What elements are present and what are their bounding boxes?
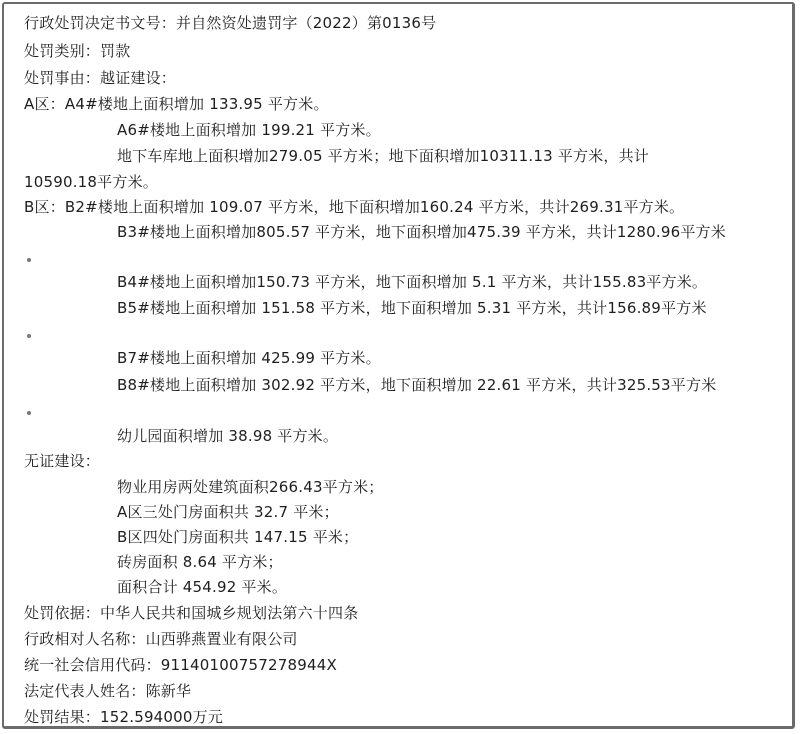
area-total: 面积合计 454.92 平米。 <box>117 577 287 597</box>
credit-code: 统一社会信用代码：91140100757278944X <box>24 655 337 675</box>
zone-b-gatehouses: B区四处门房面积共 147.15 平米； <box>117 527 358 547</box>
unlicensed-heading: 无证建设： <box>24 451 100 471</box>
penalty-basis: 处罚依据：中华人民共和国城乡规划法第六十四条 <box>24 603 358 623</box>
property-rooms: 物业用房两处建筑面积266.43平方米； <box>117 477 384 497</box>
zone-a-garage-total: 10590.18平方米。 <box>24 172 158 192</box>
zone-b-b5: B5#楼地上面积增加 151.58 平方米，地下面积增加 5.31 平方米，共计… <box>117 298 707 318</box>
brick-house: 砖房面积 8.64 平方米； <box>117 552 283 572</box>
penalty-result: 处罚结果：152.594000万元 <box>24 707 223 727</box>
zone-b-b2: B区：B2#楼地上面积增加 109.07 平方米，地下面积增加160.24 平方… <box>24 197 684 217</box>
zone-b-b8: B8#楼地上面积增加 302.92 平方米，地下面积增加 22.61 平方米，共… <box>117 375 716 395</box>
zone-a-a4: A区：A4#楼地上面积增加 133.95 平方米。 <box>24 94 329 114</box>
period-mark <box>27 258 31 262</box>
zone-a-a6: A6#楼地上面积增加 199.21 平方米。 <box>117 120 381 140</box>
zone-a-garage: 地下车库地上面积增加279.05 平方米；地下面积增加10311.13 平方米，… <box>117 146 649 166</box>
kindergarten: 幼儿园面积增加 38.98 平方米。 <box>117 426 338 446</box>
period-mark <box>27 411 31 415</box>
decision-number: 行政处罚决定书文号：并自然资处遗罚字（2022）第0136号 <box>24 13 436 33</box>
period-mark <box>27 334 31 338</box>
penalty-reason: 处罚事由：越证建设： <box>24 68 176 88</box>
zone-b-b4: B4#楼地上面积增加150.73 平方米，地下面积增加 5.1 平方米，共计15… <box>117 272 707 292</box>
zone-a-gatehouses: A区三处门房面积共 32.7 平米； <box>117 502 339 522</box>
penalty-type: 处罚类别：罚款 <box>24 41 130 61</box>
zone-b-b7: B7#楼地上面积增加 425.99 平方米。 <box>117 348 381 368</box>
legal-representative: 法定代表人姓名：陈新华 <box>24 681 191 701</box>
zone-b-b3: B3#楼地上面积增加805.57 平方米，地下面积增加475.39 平方米，共计… <box>117 222 726 242</box>
party-name: 行政相对人名称：山西骅燕置业有限公司 <box>24 629 298 649</box>
